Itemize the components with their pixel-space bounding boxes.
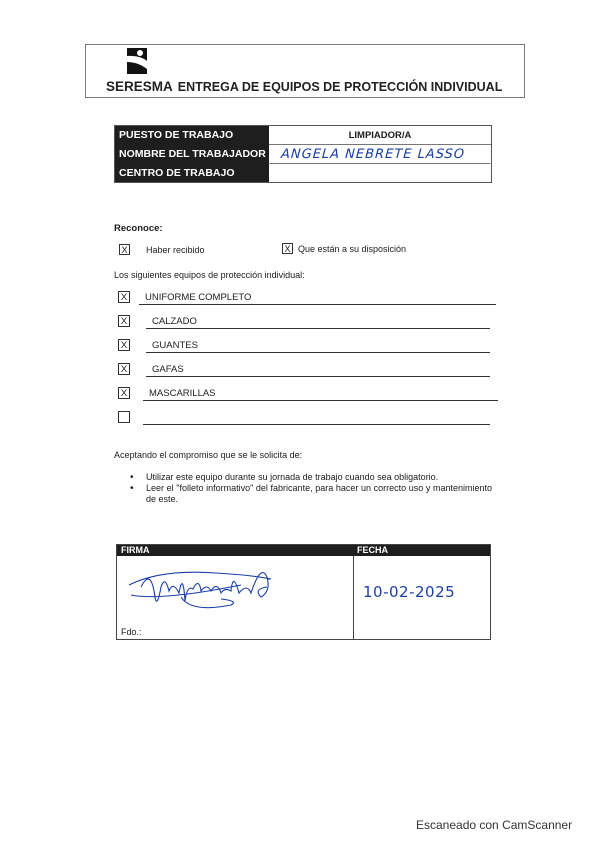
value-nombre[interactable]: ANGELA NEBRETE LASSO — [268, 145, 491, 164]
underline — [146, 376, 490, 377]
column-divider — [353, 556, 354, 639]
checkbox-haber-recibido[interactable]: X — [119, 244, 130, 255]
commitment-intro: Aceptando el compromiso que se le solici… — [114, 450, 302, 460]
seresma-logo-icon — [126, 47, 148, 75]
value-puesto[interactable]: LIMPIADOR/A — [269, 126, 491, 145]
equipment-label: GAFAS — [152, 364, 184, 375]
equipment-label: MASCARILLAS — [149, 388, 216, 399]
option-a-disposicion[interactable]: X Que están a su disposición — [282, 243, 406, 254]
equipment-item[interactable]: X UNIFORME COMPLETO — [118, 291, 498, 305]
firma-label: FIRMA — [121, 545, 150, 556]
value-centro[interactable] — [269, 164, 491, 183]
fecha-label: FECHA — [357, 545, 388, 556]
checkbox[interactable]: X — [118, 363, 130, 375]
date-value[interactable]: 10-02-2025 — [363, 583, 455, 601]
label-puesto: PUESTO DE TRABAJO — [115, 126, 269, 145]
label-nombre: NOMBRE DEL TRABAJADOR — [115, 145, 269, 164]
checkbox[interactable]: X — [118, 291, 130, 303]
signature-table: FIRMA FECHA 10-02-2025 Fdo.: — [116, 544, 491, 640]
option-label: Haber recibido — [146, 245, 205, 255]
equipment-item[interactable]: X CALZADO — [118, 315, 498, 329]
commitment-item: Utilizar este equipo durante su jornada … — [130, 472, 492, 483]
document-header: SERESMAENTREGA DE EQUIPOS DE PROTECCIÓN … — [85, 44, 525, 98]
equipment-item[interactable]: X MASCARILLAS — [118, 387, 498, 401]
commitment-item: Leer el "folleto informativo" del fabric… — [130, 483, 492, 505]
underline — [146, 328, 490, 329]
checkbox-a-disposicion[interactable]: X — [282, 243, 293, 254]
scanner-watermark: Escaneado con CamScanner — [416, 818, 572, 832]
label-centro: CENTRO DE TRABAJO — [115, 164, 269, 183]
checkbox[interactable]: X — [118, 315, 130, 327]
equipment-label: CALZADO — [152, 316, 197, 327]
underline — [143, 400, 498, 401]
brand-name: SERESMA — [106, 79, 173, 94]
checkbox[interactable] — [118, 411, 130, 423]
checkbox[interactable]: X — [118, 387, 130, 399]
option-haber-recibido[interactable]: X Haber recibido — [119, 244, 205, 255]
reconoce-title: Reconoce: — [114, 223, 163, 234]
underline — [146, 352, 490, 353]
handwritten-signature[interactable] — [121, 557, 291, 612]
equipment-label: UNIFORME COMPLETO — [145, 292, 251, 303]
fdo-label: Fdo.: — [121, 627, 142, 637]
equipment-label: GUANTES — [152, 340, 198, 351]
equipment-item[interactable]: X GAFAS — [118, 363, 498, 377]
equipment-subtitle: Los siguientes equipos de protección ind… — [114, 270, 305, 280]
option-label: Que están a su disposición — [298, 244, 406, 254]
worker-info-table: PUESTO DE TRABAJO NOMBRE DEL TRABAJADOR … — [114, 125, 492, 183]
underline — [143, 424, 490, 425]
document-title: SERESMAENTREGA DE EQUIPOS DE PROTECCIÓN … — [106, 79, 502, 94]
form-title: ENTREGA DE EQUIPOS DE PROTECCIÓN INDIVID… — [178, 80, 503, 94]
checkbox[interactable]: X — [118, 339, 130, 351]
commitment-list: Utilizar este equipo durante su jornada … — [130, 472, 492, 505]
signature-header: FIRMA FECHA — [117, 545, 490, 556]
underline — [139, 304, 496, 305]
equipment-item[interactable]: X GUANTES — [118, 339, 498, 353]
equipment-item-empty[interactable] — [118, 411, 498, 425]
